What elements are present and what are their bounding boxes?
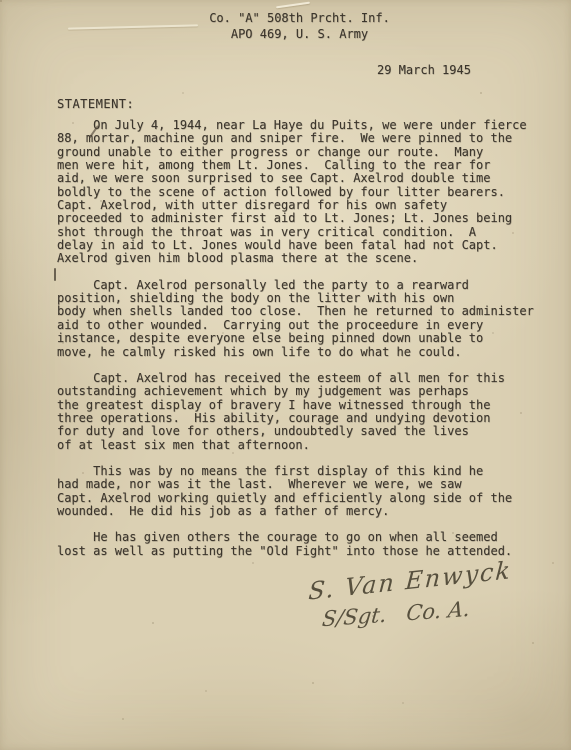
paragraph-4: This was by no means the first display o… — [57, 465, 543, 518]
paragraph-5: He has given others the courage to go on… — [57, 531, 543, 558]
apo-line: APO 469, U. S. Army — [28, 27, 571, 43]
signature-block: S. Van Enwyck S/Sgt. Co. A. — [308, 566, 528, 624]
unit-line: Co. "A" 508th Prcht. Inf. — [28, 11, 571, 27]
paragraph-1: On July 4, 1944, near La Haye du Puits, … — [57, 119, 543, 266]
paper-speckles — [0, 0, 2, 2]
statement-label: STATEMENT: — [57, 97, 134, 111]
paragraph-2: Capt. Axelrod personally led the party t… — [57, 279, 543, 359]
ink-stray-mark — [54, 268, 56, 281]
letterhead: Co. "A" 508th Prcht. Inf.APO 469, U. S. … — [28, 11, 571, 42]
paper-crease-top — [276, 2, 310, 9]
letter-body: On July 4, 1944, near La Haye du Puits, … — [57, 119, 543, 571]
document-page: Co. "A" 508th Prcht. Inf.APO 469, U. S. … — [0, 0, 571, 750]
paragraph-3: Capt. Axelrod has received the esteem of… — [57, 372, 543, 452]
date-line: 29 March 1945 — [377, 63, 471, 77]
